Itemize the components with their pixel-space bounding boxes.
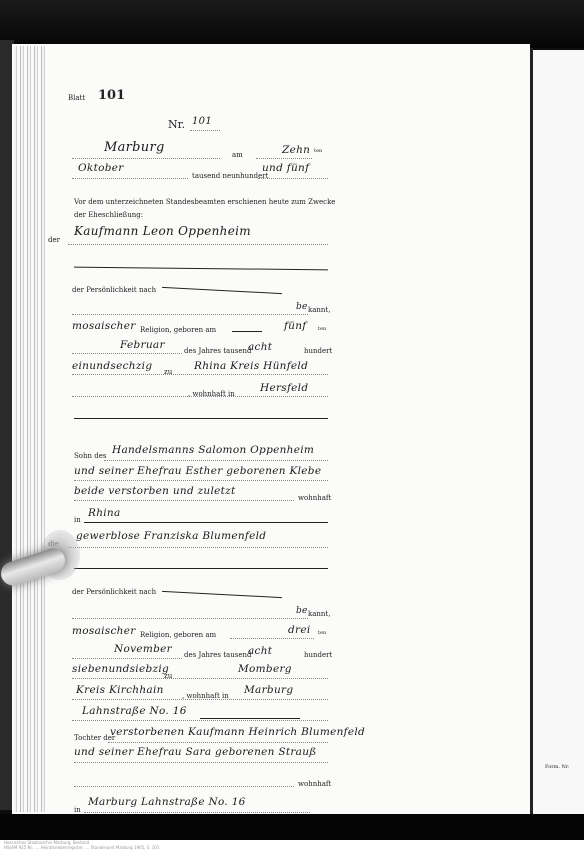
groom-birthplace: Rhina Kreis Hünfeld [194, 360, 308, 372]
groom-parents-label: Sohn des [74, 452, 106, 460]
groom-parents-line1: Handelsmanns Salomon Oppenheim [112, 444, 314, 456]
bride-birth-century: acht [248, 645, 272, 657]
groom-hundred-label: hundert [304, 347, 332, 355]
groom-known-value: be [296, 302, 308, 312]
bride-birthplace-line2: Kreis Kirchhain [76, 684, 164, 696]
bride-year-label: des Jahres tausend [184, 651, 251, 659]
bride-known-value: be [296, 606, 308, 616]
bride-parents-residence: Marburg Lahnstraße No. 16 [88, 796, 246, 808]
groom-known-label: kannt, [308, 306, 330, 314]
groom-birth-year: einundsechzig [72, 360, 152, 372]
bride-birth-day: drei [288, 624, 311, 636]
intro-text: Vor dem unterzeichneten Standesbeamten e… [74, 196, 344, 222]
groom-identity-label: der Persönlichkeit nach [72, 286, 156, 294]
scan-background-top [0, 0, 584, 48]
footer-line-2: HStAM 925 Nr. .... Heiratsnebenregister … [4, 845, 584, 850]
year-prefix-label: tausend neunhundert [192, 172, 268, 180]
nr-value: 101 [192, 116, 212, 127]
bride-identity-label: der Persönlichkeit nach [72, 588, 156, 596]
bride-residence-street: Lahnstraße No. 16 [82, 705, 187, 717]
groom-parents-residence-label: wohnhaft [298, 494, 331, 502]
register-page: Blatt 101 Nr. 101 Marburg am Zehn ten Ok… [12, 44, 530, 814]
bride-parents-line1: verstorbenen Kaufmann Heinrich Blumenfel… [110, 726, 365, 738]
bride-birth-year: siebenundsiebzig [72, 663, 169, 675]
groom-birth-century: acht [248, 341, 272, 353]
groom-religion-label: Religion, geboren am [140, 326, 216, 334]
bride-parents-line2: und seiner Ehefrau Sara geborenen Strauß [74, 746, 317, 758]
groom-residence: Hersfeld [260, 382, 308, 394]
groom-birth-month: Februar [120, 339, 165, 351]
groom-zu-label: zu [164, 368, 172, 376]
facing-page: Form. Nr. [533, 50, 584, 814]
blatt-number: 101 [98, 88, 125, 103]
bride-birth-month: November [114, 643, 172, 655]
bride-known-label: kannt, [308, 610, 330, 618]
bride-religion-label: Religion, geboren am [140, 631, 216, 639]
bride-birth-day-suffix: ten [318, 630, 326, 636]
groom-birth-day-suffix: ten [318, 326, 326, 332]
groom-parents-line2: und seiner Ehefrau Esther geborenen Kleb… [74, 465, 321, 477]
bride-parents-residence-label: wohnhaft [298, 780, 331, 788]
bride-birthplace-line1: Momberg [238, 663, 292, 675]
day-value: Zehn [282, 144, 310, 156]
groom-parents-line3: beide verstorben und zuletzt [74, 485, 236, 497]
nr-label: Nr. [168, 118, 185, 131]
bride-name: gewerblose Franziska Blumenfeld [76, 530, 266, 542]
archive-footer: Hessisches Staatsarchiv Marburg, Bestand… [0, 840, 584, 856]
blatt-label: Blatt [68, 94, 85, 102]
bride-hundred-label: hundert [304, 651, 332, 659]
bride-residence: Marburg [244, 684, 293, 696]
bride-residence-label: , wohnhaft in [182, 692, 229, 700]
year-suffix-value: und fünf [262, 162, 309, 174]
am-label: am [232, 151, 243, 159]
groom-religion: mosaischer [72, 320, 136, 332]
page-stack-edges [14, 46, 46, 812]
groom-name: Kaufmann Leon Oppenheim [74, 224, 251, 238]
scan-background-bottom [0, 814, 584, 840]
groom-parents-residence-prefix: in [74, 516, 81, 524]
groom-year-label: des Jahres tausend [184, 347, 251, 355]
bride-parents-residence-prefix: in [74, 806, 81, 814]
bride-religion: mosaischer [72, 625, 136, 637]
ten-label: ten [314, 148, 322, 154]
groom-parents-residence: Rhina [88, 507, 121, 519]
form-number-label: Form. Nr. [545, 764, 569, 770]
bride-zu-label: zu [164, 672, 172, 680]
place-value: Marburg [104, 140, 165, 155]
groom-article: der [48, 236, 60, 244]
groom-birth-day: fünf [284, 320, 307, 332]
groom-residence-label: , wohnhaft in [188, 390, 235, 398]
month-value: Oktober [78, 162, 124, 174]
